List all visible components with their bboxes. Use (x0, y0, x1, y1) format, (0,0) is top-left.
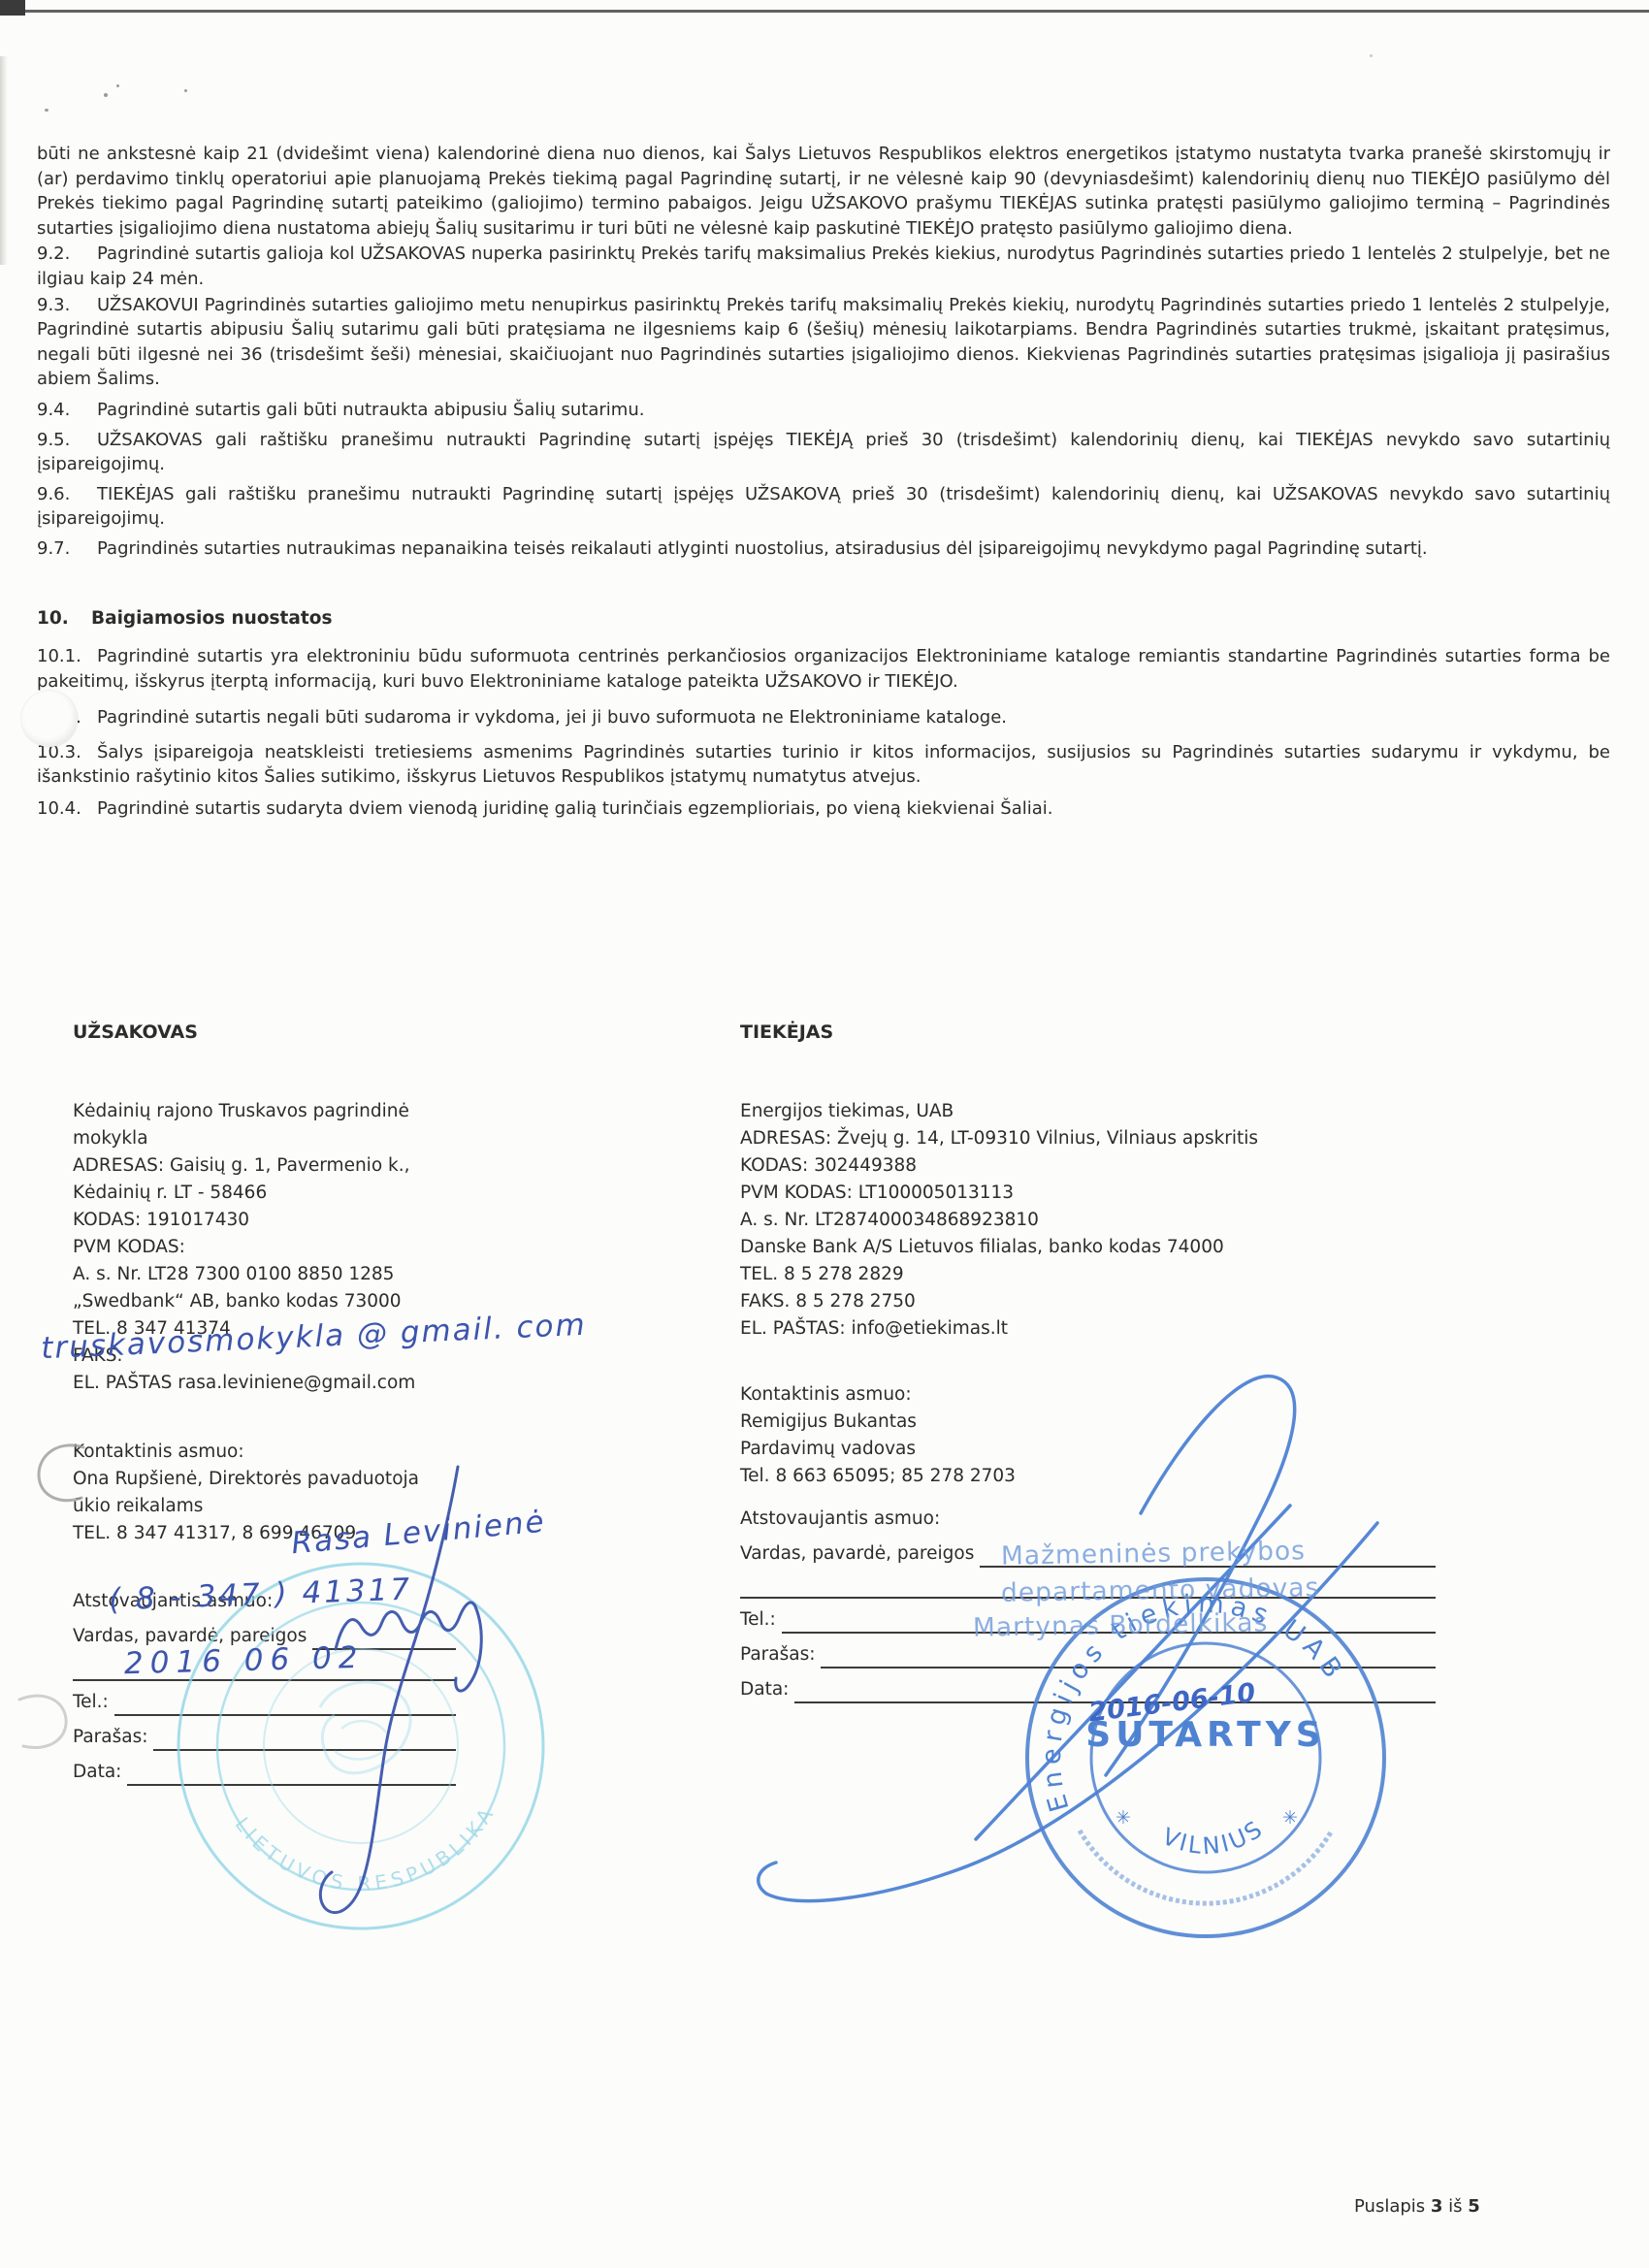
hole-punch-blob (21, 691, 78, 747)
clause-text: Pagrindinė sutartis negali būti sudaroma… (97, 707, 1007, 728)
parasas-row: Parašas: (73, 1724, 456, 1751)
buyer-vat-code: PVM KODAS: (73, 1234, 456, 1261)
buyer-address: ADRESAS: Gaisių g. 1, Pavermenio k., Kėd… (73, 1152, 456, 1207)
contact-label: Kontaktinis asmuo: (740, 1381, 1436, 1409)
supplier-code: KODAS: 302449388 (740, 1152, 1436, 1180)
clause-10-2: 10.2.Pagrindinė sutartis negali būti sud… (37, 705, 1610, 730)
supplier-bank: Danske Bank A/S Lietuvos filialas, banko… (740, 1234, 1436, 1261)
clause-text: UŽSAKOVAS gali raštišku pranešimu nutrau… (37, 430, 1610, 475)
clause-9-7: 9.7.Pagrindinės sutarties nutraukimas ne… (37, 536, 1610, 562)
supplier-email: EL. PAŠTAS: info@etiekimas.lt (740, 1315, 1436, 1343)
scan-right-edge (1626, 29, 1628, 2241)
footer-total-pages: 5 (1468, 2196, 1480, 2217)
signature-line (821, 1643, 1436, 1669)
page-footer: Puslapis 3 iš 5 (1354, 2196, 1480, 2217)
clause-9-3: 9.3.UŽSAKOVUI Pagrindinės sutarties gali… (37, 293, 1610, 392)
buyer-title: UŽSAKOVAS (73, 1021, 456, 1044)
stamp-star-right: ✳ (1282, 1807, 1298, 1829)
clause-text: Pagrindinės sutarties nutraukimas nepana… (97, 538, 1428, 559)
tel-label: Tel.: (73, 1689, 109, 1716)
clause-number: 9.2. (37, 242, 97, 267)
title-stamp-line3: Martynas Bordelkikas (973, 1607, 1269, 1642)
supplier-contact: Kontaktinis asmuo: Remigijus Bukantas Pa… (740, 1381, 1436, 1490)
footer-page-number: 3 (1431, 2196, 1443, 2217)
contact-person: Remigijus Bukantas (740, 1409, 1436, 1436)
supplier-title: TIEKĖJAS (740, 1021, 1436, 1044)
scan-corner-mark (0, 0, 25, 16)
clause-9-5: 9.5.UŽSAKOVAS gali raštišku pranešimu nu… (37, 428, 1610, 477)
clause-continuation: būti ne ankstesnė kaip 21 (dvidešimt vie… (37, 142, 1610, 241)
clause-text: TIEKĖJAS gali raštišku pranešimu nutrauk… (37, 484, 1610, 530)
name-label: Vardas, pavardė, pareigos (740, 1540, 974, 1568)
stamp-microtext-band (1080, 1831, 1332, 1903)
parasas-label: Parašas: (740, 1641, 815, 1669)
signature-line (127, 1761, 456, 1786)
tel-label: Tel.: (740, 1606, 776, 1634)
supplier-name: Energijos tiekimas, UAB (740, 1098, 1436, 1125)
clause-text: UŽSAKOVUI Pagrindinės sutarties galiojim… (37, 295, 1610, 390)
buyer-bank: „Swedbank“ AB, banko kodas 73000 (73, 1288, 456, 1315)
contact-label: Kontaktinis asmuo: (73, 1439, 456, 1466)
footer-label: Puslapis (1354, 2196, 1425, 2217)
data-label: Data: (73, 1759, 121, 1786)
contact-person: Ona Rupšienė, Direktorės pavaduotoja ūki… (73, 1466, 456, 1520)
clause-9-2: 9.2.Pagrindinė sutartis galioja kol UŽSA… (37, 242, 1610, 291)
supplier-address: ADRESAS: Žvejų g. 14, LT-09310 Vilnius, … (740, 1125, 1436, 1152)
contact-position: Pardavimų vadovas (740, 1436, 1436, 1463)
section-number: 10. (37, 606, 91, 632)
parasas-label: Parašas: (73, 1724, 147, 1751)
scan-speck (184, 89, 187, 92)
clause-number: 9.3. (37, 293, 97, 318)
tel-row: Tel.: (73, 1689, 456, 1716)
clause-9-4: 9.4.Pagrindinė sutartis gali būti nutrau… (37, 398, 1610, 423)
clause-9-6: 9.6.TIEKĖJAS gali raštišku pranešimu nut… (37, 482, 1610, 532)
clause-number: 9.6. (37, 482, 97, 507)
title-stamp-line1: Mažmeninės prekybos (1001, 1536, 1306, 1571)
signature-line (114, 1691, 456, 1716)
title-stamp-line2: departamento vadovas (1001, 1572, 1320, 1608)
supplier-fax: FAKS. 8 5 278 2750 (740, 1288, 1436, 1315)
contact-phone: Tel. 8 663 65095; 85 278 2703 (740, 1463, 1436, 1490)
buyer-name: Kėdainių rajono Truskavos pagrindinė mok… (73, 1098, 456, 1152)
scan-shadow-strip (0, 56, 8, 265)
clause-number: 9.5. (37, 428, 97, 453)
supplier-account: A. s. Nr. LT287400034868923810 (740, 1207, 1436, 1234)
handwritten-date-buyer: 2016 06 02 (124, 1640, 365, 1681)
supplier-phone: TEL. 8 5 278 2829 (740, 1261, 1436, 1288)
section-10-heading: 10.Baigiamosios nuostatos (37, 606, 1610, 632)
supplier-stamp-city-text: VILNIUS (1158, 1814, 1270, 1860)
footer-of: iš (1448, 2196, 1462, 2217)
scan-speck (45, 109, 48, 112)
clause-text: būti ne ankstesnė kaip 21 (dvidešimt vie… (37, 144, 1610, 239)
clause-text: Šalys įsipareigoja neatskleisti tretiesi… (37, 742, 1610, 788)
stamp-star-left: ✳ (1115, 1807, 1131, 1829)
rep-label: Atstovaujantis asmuo: (740, 1506, 1436, 1533)
signature-line (153, 1726, 456, 1751)
scan-speck (1370, 54, 1373, 57)
clause-number: 9.4. (37, 398, 97, 423)
clause-number: 10.4. (37, 796, 97, 822)
data-row: Data: (73, 1759, 456, 1786)
buyer-code: KODAS: 191017430 (73, 1207, 456, 1234)
section-title: Baigiamosios nuostatos (91, 608, 332, 629)
supplier-vat-code: PVM KODAS: LT100005013113 (740, 1180, 1436, 1207)
clause-text: Pagrindinė sutartis sudaryta dviem vieno… (97, 798, 1053, 819)
clause-text: Pagrindinė sutartis gali būti nutraukta … (97, 400, 644, 420)
clause-text: Pagrindinė sutartis galioja kol UŽSAKOVA… (37, 243, 1610, 289)
scan-speck (116, 84, 119, 87)
data-label: Data: (740, 1676, 789, 1703)
buyer-email: EL. PAŠTAS rasa.leviniene@gmail.com (73, 1370, 456, 1397)
supplier-details: Energijos tiekimas, UAB ADRESAS: Žvejų g… (740, 1098, 1436, 1343)
clause-number: 9.7. (37, 536, 97, 562)
clause-10-1: 10.1.Pagrindinė sutartis yra elektronini… (37, 644, 1610, 694)
school-stamp-arc-text: LIETUVOS RESPUBLIKA (231, 1800, 501, 1895)
scanned-contract-page: būti ne ankstesnė kaip 21 (dvidešimt vie… (0, 0, 1649, 2268)
clause-text: Pagrindinė sutartis yra elektroniniu būd… (37, 646, 1610, 692)
parasas-row: Parašas: (740, 1641, 1436, 1669)
clause-number: 10.1. (37, 644, 97, 669)
buyer-signature-block: Atstovaujantis asmuo: Vardas, pavardė, p… (73, 1588, 456, 1786)
scan-speck (104, 93, 108, 97)
contract-body: būti ne ankstesnė kaip 21 (dvidešimt vie… (37, 142, 1610, 828)
clause-10-3: 10.3.Šalys įsipareigoja neatskleisti tre… (37, 740, 1610, 790)
clause-10-4: 10.4.Pagrindinė sutartis sudaryta dviem … (37, 796, 1610, 822)
buyer-account: A. s. Nr. LT28 7300 0100 8850 1285 (73, 1261, 456, 1288)
scan-edge-line (0, 10, 1649, 13)
